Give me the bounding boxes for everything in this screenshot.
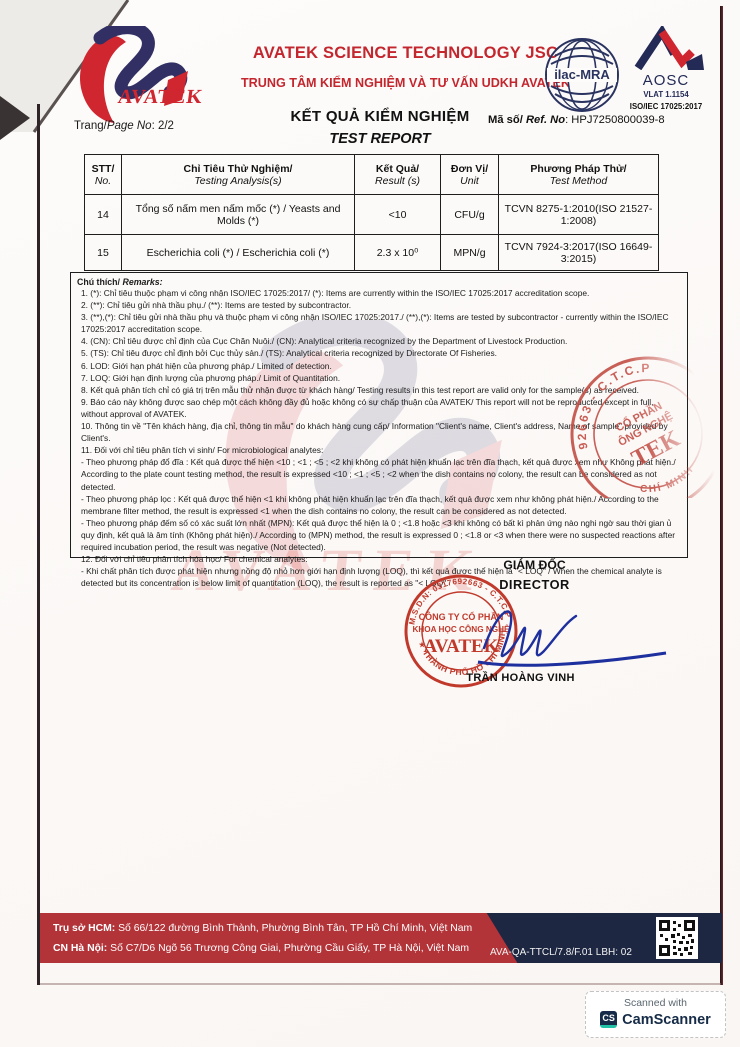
scan-bottom-shadow [40, 983, 721, 985]
footer-band: Trụ sở HCM: Số 66/122 đường Bình Thành, … [40, 913, 722, 963]
table-header-row: STT/No. Chỉ Tiêu Thử Nghiệm/Testing Anal… [85, 155, 659, 195]
cell-method: TCVN 8275-1:2010(ISO 21527-1:2008) [499, 195, 659, 235]
cell-analysis: Tổng số nấm men nấm mốc (*) / Yeasts and… [122, 195, 355, 235]
aosc-iso: ISO/IEC 17025:2017 [616, 102, 716, 111]
aosc-a-icon [626, 26, 706, 70]
ilac-mra-logo: ilac-MRA [543, 36, 621, 114]
ilac-mra-icon: ilac-MRA [543, 36, 621, 114]
remarks-title: Chú thích/ Remarks: [77, 277, 679, 287]
svg-text:ilac-MRA: ilac-MRA [554, 67, 610, 82]
logo-wordmark: AVATEK [116, 86, 204, 109]
signer-name: TRẦN HOÀNG VINH [438, 672, 603, 684]
qr-code [656, 917, 698, 959]
scanned-test-report-page: AVATEK Trang/Page No: 2/2 AVATEK SCIENCE… [0, 0, 740, 1047]
remark-line: - Theo phương pháp đếm số có xác suất lớ… [77, 517, 679, 553]
company-name: AVATEK SCIENCE TECHNOLOGY JSC [238, 44, 573, 63]
document-code: AVA-QA-TTCL/7.8/F.01 LBH: 02 [490, 947, 632, 958]
col-unit: Đơn Vị/Unit [441, 155, 499, 195]
remark-line: 1. (*): Chỉ tiêu thuộc phạm vi công nhận… [77, 287, 679, 299]
cell-method: TCVN 7924-3:2017(ISO 16649-3:2015) [499, 235, 659, 271]
col-no: STT/No. [85, 155, 122, 195]
cell-unit: CFU/g [441, 195, 499, 235]
director-signature [476, 590, 676, 678]
scan-left-edge [37, 104, 40, 985]
address-hcm: Trụ sở HCM: Số 66/122 đường Bình Thành, … [53, 919, 472, 939]
address-hanoi: CN Hà Nội: Số C7/D6 Ngõ 56 Trương Công G… [53, 939, 472, 959]
table-row: 14 Tổng số nấm men nấm mốc (*) / Yeasts … [85, 195, 659, 235]
camscanner-caption: Scanned with [586, 997, 725, 1009]
avatek-logo: AVATEK [68, 24, 243, 124]
page-number: Trang/Page No: 2/2 [74, 120, 174, 132]
results-table: STT/No. Chỉ Tiêu Thử Nghiệm/Testing Anal… [84, 154, 659, 271]
col-method: Phương Pháp Thử/Test Method [499, 155, 659, 195]
report-title-vi: KẾT QUẢ KIỂM NGHIỆM [255, 108, 505, 125]
cell-result: 2.3 x 10⁰ [355, 235, 441, 271]
remark-line: 2. (**): Chỉ tiêu gửi nhà thầu phụ./ (**… [77, 299, 679, 311]
camscanner-name: CamScanner [622, 1012, 711, 1028]
footer-addresses: Trụ sở HCM: Số 66/122 đường Bình Thành, … [53, 919, 472, 958]
cell-no: 14 [85, 195, 122, 235]
col-analysis: Chỉ Tiêu Thử Nghiệm/Testing Analysis(s) [122, 155, 355, 195]
camscanner-icon: CS [600, 1011, 617, 1028]
reference-number: Mã số/ Ref. No: HPJ7250800039-8 [488, 114, 665, 126]
col-result: Kết Quả/Result (s) [355, 155, 441, 195]
cell-result: <10 [355, 195, 441, 235]
camscanner-badge: Scanned with CS CamScanner [585, 991, 726, 1038]
partial-company-seal: 92663 - C.T.C.P CỔ PHẦN ÔNG NGHỆ TEK CHÍ… [548, 326, 722, 498]
cell-unit: MPN/g [441, 235, 499, 271]
report-title-en: TEST REPORT [255, 131, 505, 147]
avatek-swirl-icon [72, 26, 197, 126]
table-row: 15 Escherichia coli (*) / Escherichia co… [85, 235, 659, 271]
aosc-vlat: VLAT 1.1154 [616, 90, 716, 99]
cell-analysis: Escherichia coli (*) / Escherichia coli … [122, 235, 355, 271]
cell-no: 15 [85, 235, 122, 271]
aosc-logo: AOSC VLAT 1.1154 ISO/IEC 17025:2017 [616, 26, 716, 111]
center-name: TRUNG TÂM KIỂM NGHIỆM VÀ TƯ VẤN UDKH AVA… [228, 76, 583, 90]
aosc-label: AOSC [616, 72, 716, 89]
